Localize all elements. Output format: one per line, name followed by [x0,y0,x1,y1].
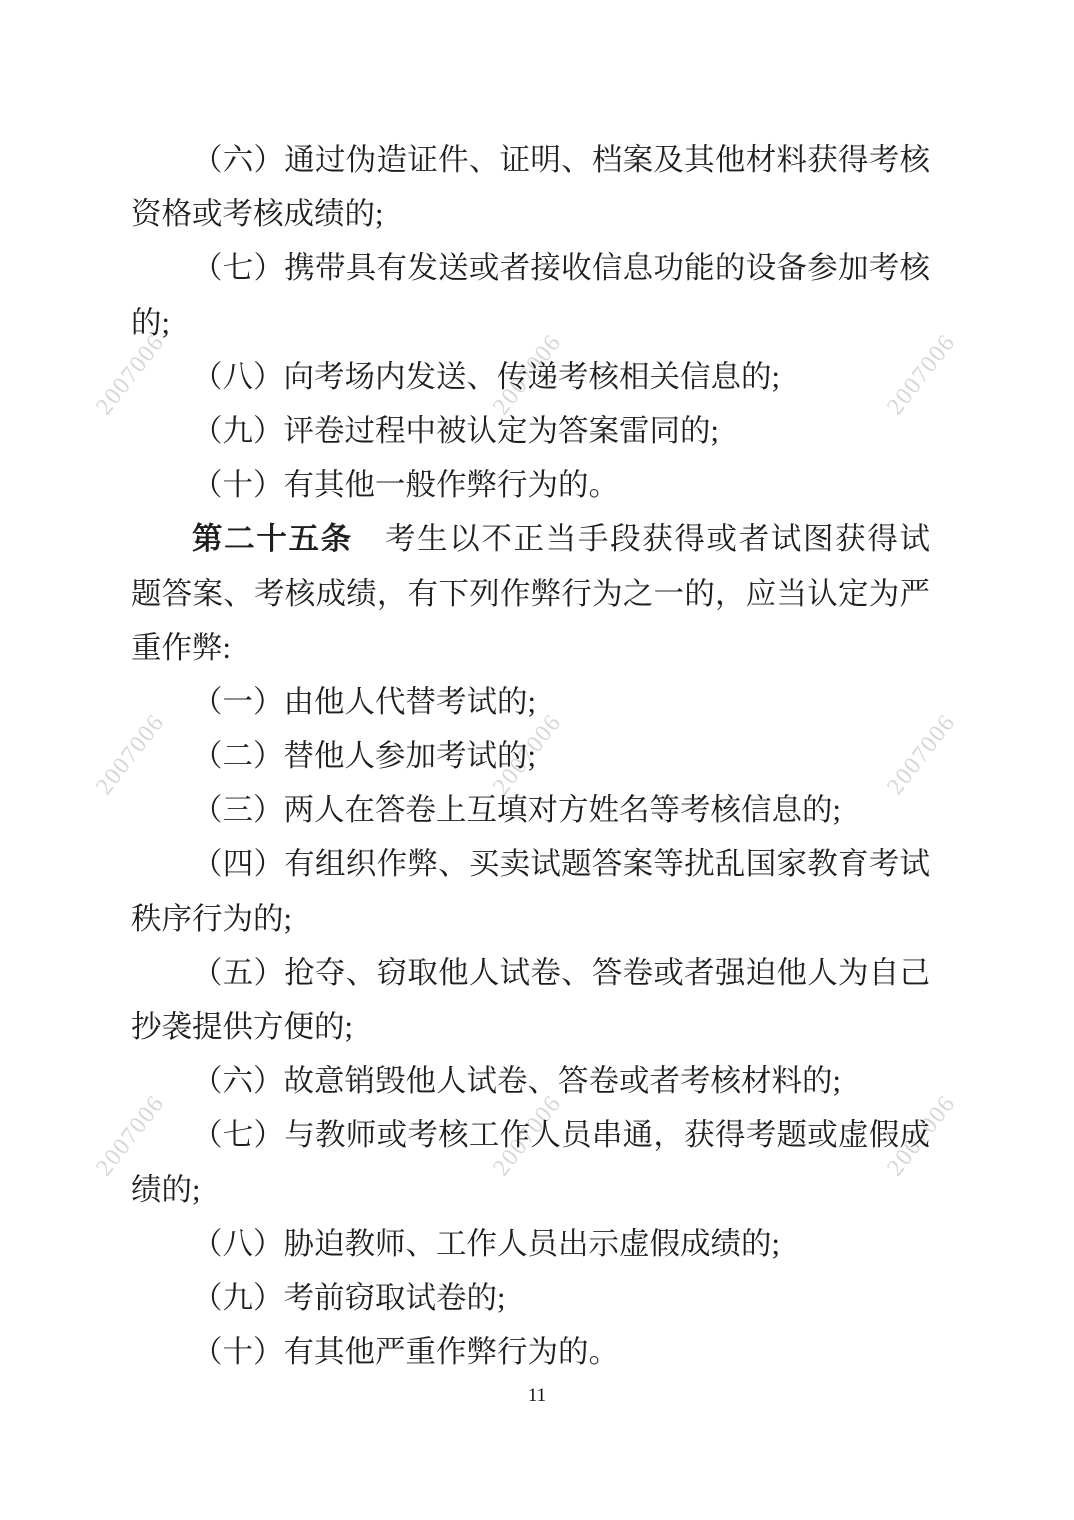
document-page: 2007006200700620070062007006200700620070… [0,0,1074,1520]
text-line: （十）有其他一般作弊行为的。 [131,458,930,512]
text-line: （十）有其他严重作弊行为的。 [131,1325,930,1379]
text-line: （八）胁迫教师、工作人员出示虚假成绩的; [131,1217,930,1271]
text-line: （七）携带具有发送或者接收信息功能的设备参加考核 [131,241,930,295]
text-line: 题答案、考核成绩，有下列作弊行为之一的，应当认定为严 [131,567,930,621]
text-line: （四）有组织作弊、买卖试题答案等扰乱国家教育考试 [131,837,930,891]
text-line: 秩序行为的; [131,892,930,946]
article-number: 第二十五条 [192,522,353,556]
text-line: 资格或考核成绩的; [131,187,930,241]
text-line: 的; [131,296,930,350]
text-line: （五）抢夺、窃取他人试卷、答卷或者强迫他人为自己 [131,946,930,1000]
document-body-text: （六）通过伪造证件、证明、档案及其他材料获得考核资格或考核成绩的;（七）携带具有… [131,133,930,1379]
text-line: 重作弊: [131,621,930,675]
text-line: （八）向考场内发送、传递考核相关信息的; [131,350,930,404]
text-line: （六）通过伪造证件、证明、档案及其他材料获得考核 [131,133,930,187]
text-line: 抄袭提供方便的; [131,1000,930,1054]
text-line: 第二十五条 考生以不正当手段获得或者试图获得试 [131,512,930,566]
text-line: （六）故意销毁他人试卷、答卷或者考核材料的; [131,1054,930,1108]
text-line: （七）与教师或考核工作人员串通，获得考题或虚假成 [131,1108,930,1162]
text-line: （二）替他人参加考试的; [131,729,930,783]
text-line: （九）考前窃取试卷的; [131,1271,930,1325]
text-line: （九）评卷过程中被认定为答案雷同的; [131,404,930,458]
page-number: 11 [0,1384,1074,1408]
text-line: 绩的; [131,1163,930,1217]
text-line: （一）由他人代替考试的; [131,675,930,729]
text-line: （三）两人在答卷上互填对方姓名等考核信息的; [131,783,930,837]
